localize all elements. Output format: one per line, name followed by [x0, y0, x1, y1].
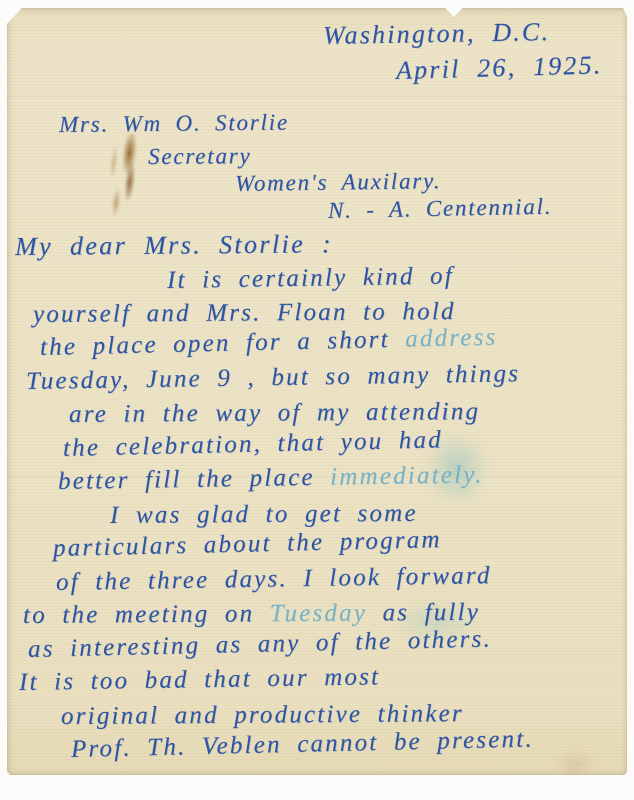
faded-ink-word: Tuesday — [270, 600, 368, 628]
ink-text: It is too bad that our most — [19, 663, 381, 696]
faded-ink-word: immediately. — [330, 461, 484, 490]
salutation-line: My dear Mrs. Storlie : — [15, 229, 333, 262]
letter-heading: Washington, D.C. April 26, 1925. — [7, 18, 627, 88]
recipient-org-line-2: N. - A. Centennial. — [328, 191, 627, 224]
ink-text: the celebration, that you had — [63, 426, 443, 462]
ink-text: particulars about the program — [53, 526, 442, 562]
ink-text: Tuesday, June 9 , but so many things — [26, 360, 521, 395]
fold-crease — [7, 96, 627, 103]
ink-text: as interesting as any of the others. — [28, 625, 492, 663]
faded-ink-word: address — [405, 324, 498, 353]
ink-text: better fill the place — [58, 464, 331, 495]
ink-text: It is certainly kind of — [167, 262, 454, 294]
ink-text: the place open for a short — [40, 326, 406, 361]
letter-body: It is certainly kind ofyourself and Mrs.… — [7, 264, 627, 767]
letter-paper: Washington, D.C. April 26, 1925. Mrs. Wm… — [7, 8, 627, 775]
ink-text: to the meeting on — [23, 600, 270, 629]
ink-text: of the three days. I look forward — [56, 562, 492, 596]
heading-date-line: April 26, 1925. — [396, 47, 627, 88]
scanner-background: Washington, D.C. April 26, 1925. Mrs. Wm… — [0, 0, 634, 800]
recipient-name-line: Mrs. Wm O. Storlie — [59, 105, 627, 138]
letter-scan-page: { "document": { "type": "handwritten-let… — [0, 0, 634, 800]
letter-line: It is certainly kind of — [167, 257, 627, 298]
ink-text: Prof. Th. Veblen cannot be present. — [71, 726, 534, 763]
recipient-address-block: Mrs. Wm O. Storlie Secretary Women's Aux… — [7, 111, 627, 224]
